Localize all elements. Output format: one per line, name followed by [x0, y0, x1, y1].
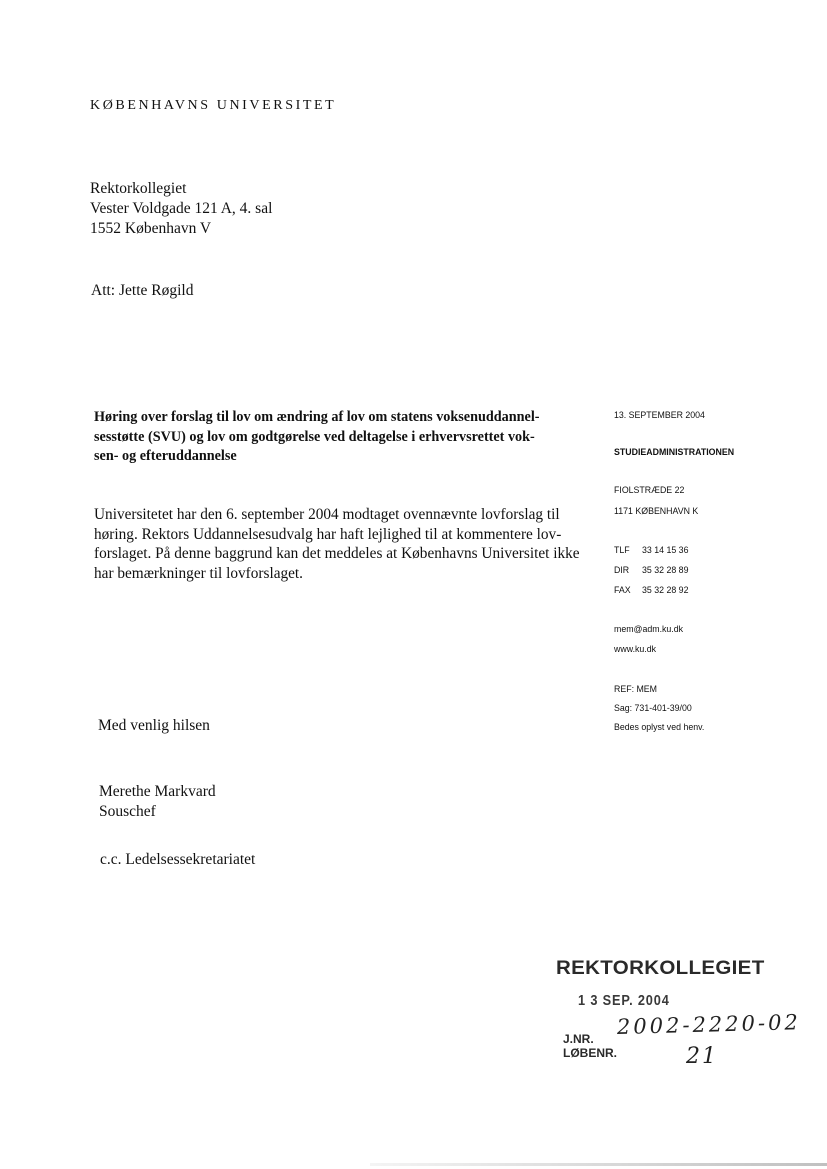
signer-title: Souschef: [99, 802, 216, 822]
carbon-copy-line: c.c. Ledelsessekretariatet: [100, 851, 255, 869]
institution-header: KØBENHAVNS UNIVERSITET: [90, 98, 336, 114]
stamp-lobenr-handwritten: 21: [686, 1044, 718, 1069]
body-line: forslaget. På denne baggrund kan det med…: [94, 544, 604, 564]
stamp-date: 1 3 SEP. 2004: [578, 992, 670, 1009]
phone-value: 35 32 28 92: [642, 585, 688, 595]
sender-street: FIOLSTRÆDE 22: [614, 485, 684, 495]
subject-line: sesstøtte (SVU) og lov om godtgørelse ve…: [94, 428, 604, 448]
phone-label: FAX: [614, 585, 642, 595]
body-line: har bemærkninger til lovforslaget.: [94, 564, 604, 584]
reference-note: Bedes oplyst ved henv.: [614, 722, 704, 732]
subject-heading: Høring over forslag til lov om ændring a…: [94, 408, 604, 467]
phone-label: TLF: [614, 545, 642, 555]
phone-value: 35 32 28 89: [642, 565, 688, 575]
recipient-address: Rektorkollegiet Vester Voldgade 121 A, 4…: [90, 179, 272, 239]
case-number: Sag: 731-401-39/00: [614, 703, 692, 713]
body-line: høring. Rektors Uddannelsesudvalg har ha…: [94, 525, 604, 545]
subject-line: sen- og efteruddannelse: [94, 447, 604, 467]
sender-city: 1171 KØBENHAVN K: [614, 506, 698, 516]
stamp-title: REKTORKOLLEGIET: [556, 958, 765, 980]
subject-line: Høring over forslag til lov om ændring a…: [94, 408, 604, 428]
letter-body: Universitetet har den 6. september 2004 …: [94, 505, 604, 583]
attention-line: Att: Jette Røgild: [91, 282, 193, 300]
letter-date: 13. SEPTEMBER 2004: [614, 410, 705, 420]
phone-tlf: TLF33 14 15 36: [614, 545, 688, 555]
sender-website: www.ku.dk: [614, 644, 656, 654]
closing-salutation: Med venlig hilsen: [98, 717, 210, 735]
recipient-line: 1552 København V: [90, 219, 272, 239]
phone-label: DIR: [614, 565, 642, 575]
stamp-jnr-label: J.NR.: [563, 1032, 594, 1046]
signer-name: Merethe Markvard: [99, 782, 216, 802]
phone-dir: DIR35 32 28 89: [614, 565, 688, 575]
sender-email: mem@adm.ku.dk: [614, 624, 683, 634]
department-name: STUDIEADMINISTRATIONEN: [614, 447, 734, 457]
stamp-jnr-handwritten: 2002-2220-02: [617, 1010, 801, 1039]
recipient-line: Rektorkollegiet: [90, 179, 272, 199]
stamp-lobenr-label: LØBENR.: [563, 1046, 617, 1060]
scan-edge-artifact: [370, 1163, 827, 1166]
body-line: Universitetet har den 6. september 2004 …: [94, 505, 604, 525]
phone-value: 33 14 15 36: [642, 545, 688, 555]
recipient-line: Vester Voldgade 121 A, 4. sal: [90, 199, 272, 219]
phone-fax: FAX35 32 28 92: [614, 585, 688, 595]
signature-block: Merethe Markvard Souschef: [99, 782, 216, 821]
reference: REF: MEM: [614, 684, 657, 694]
